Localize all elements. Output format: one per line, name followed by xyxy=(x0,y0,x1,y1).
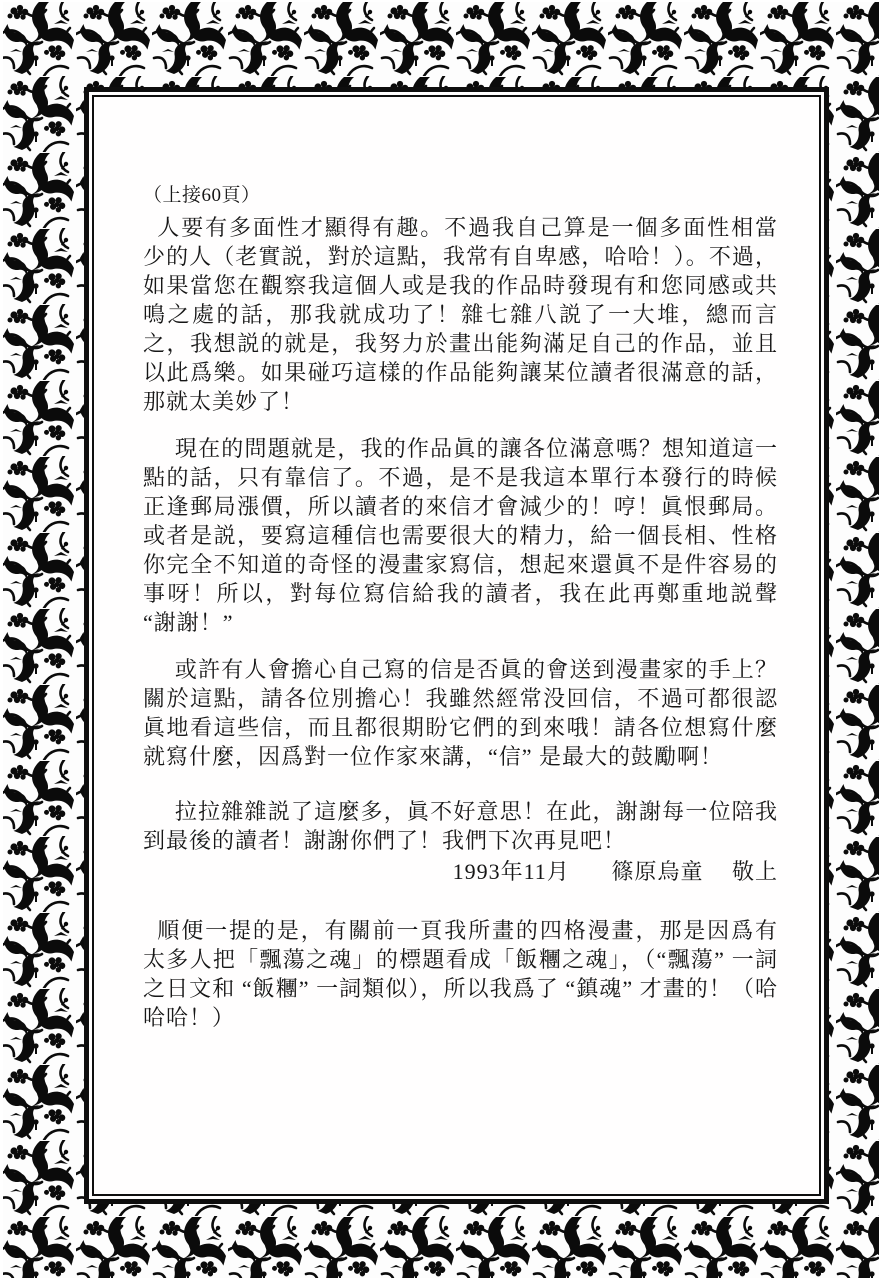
page: （上接60頁） 人要有多面性才顯得有趣。不過我自己算是一個多面性相當少的人（老實… xyxy=(84,87,829,1204)
paragraph: 現在的問題就是，我的作品眞的讓各位滿意嗎？想知道這一點的話，只有靠信了。不過，是… xyxy=(143,434,778,637)
postscript-paragraph: 順便一提的是，有關前一頁我所畫的四格漫畫，那是因爲有太多人把「飄蕩之魂」的標題看… xyxy=(143,916,778,1032)
scanned-book-page: （上接60頁） 人要有多面性才顯得有趣。不過我自己算是一個多面性相當少的人（老實… xyxy=(0,0,882,1280)
signature-date: 1993年11月 xyxy=(453,859,570,884)
paragraph: 拉拉雜雜説了這麼多，眞不好意思！在此，謝謝每一位陪我到最後的讀者！謝謝你們了！我… xyxy=(143,797,778,855)
signature-line: 1993年11月 篠原烏童 敬上 xyxy=(143,857,778,886)
paragraph: 人要有多面性才顯得有趣。不過我自己算是一個多面性相當少的人（老實説，對於這點，我… xyxy=(143,213,778,416)
signature-closing: 敬上 xyxy=(732,859,778,884)
continuation-note: （上接60頁） xyxy=(143,183,778,209)
signature-author: 篠原烏童 xyxy=(611,859,703,884)
afterword-letter: （上接60頁） 人要有多面性才顯得有趣。不過我自己算是一個多面性相當少的人（老實… xyxy=(94,97,819,1194)
page-frame: （上接60頁） 人要有多面性才顯得有趣。不過我自己算是一個多面性相當少的人（老實… xyxy=(92,95,821,1196)
paragraph: 或許有人會擔心自己寫的信是否眞的會送到漫畫家的手上？關於這點，請各位別擔心！我雖… xyxy=(143,655,778,771)
